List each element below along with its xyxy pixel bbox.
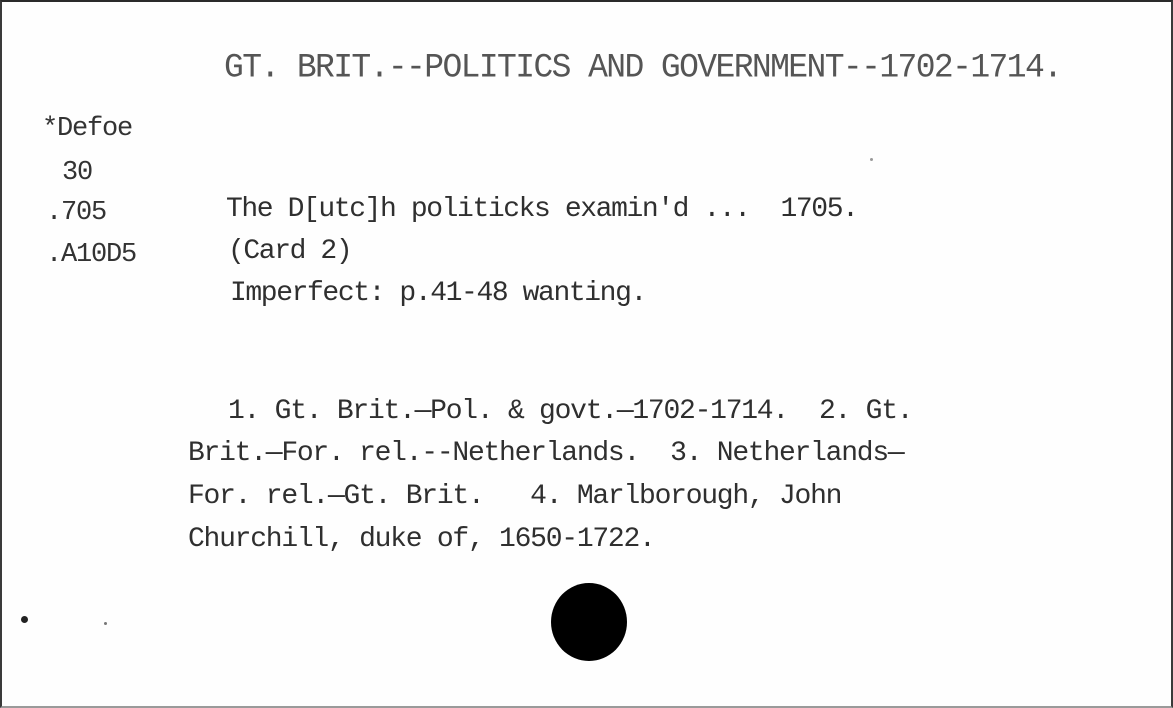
- punch-hole: [551, 583, 627, 661]
- tracing-line-3: For. rel.—Gt. Brit. 4. Marlborough, John: [188, 481, 841, 512]
- call-number-line-3: .705: [46, 198, 106, 228]
- catalog-card: GT. BRIT.--POLITICS AND GOVERNMENT--1702…: [0, 0, 1173, 708]
- note-line: Imperfect: p.41-48 wanting.: [230, 278, 646, 309]
- card-number: (Card 2): [228, 236, 351, 267]
- call-number-line-2: 30: [62, 158, 92, 188]
- title-line: The D[utc]h politicks examin'd ... 1705.: [226, 194, 858, 225]
- tracing-line-4: Churchill, duke of, 1650-1722.: [188, 524, 655, 555]
- call-number-line-4: .A10D5: [46, 240, 136, 270]
- ink-speck: [104, 622, 107, 625]
- ink-speck: [21, 616, 28, 623]
- tracing-line-2: Brit.—For. rel.--Netherlands. 3. Netherl…: [188, 438, 903, 469]
- subject-heading: GT. BRIT.--POLITICS AND GOVERNMENT--1702…: [224, 48, 1061, 87]
- ink-speck: [870, 158, 873, 161]
- tracing-line-1: 1. Gt. Brit.—Pol. & govt.—1702-1714. 2. …: [228, 396, 912, 427]
- call-number-line-1: *Defoe: [42, 114, 132, 144]
